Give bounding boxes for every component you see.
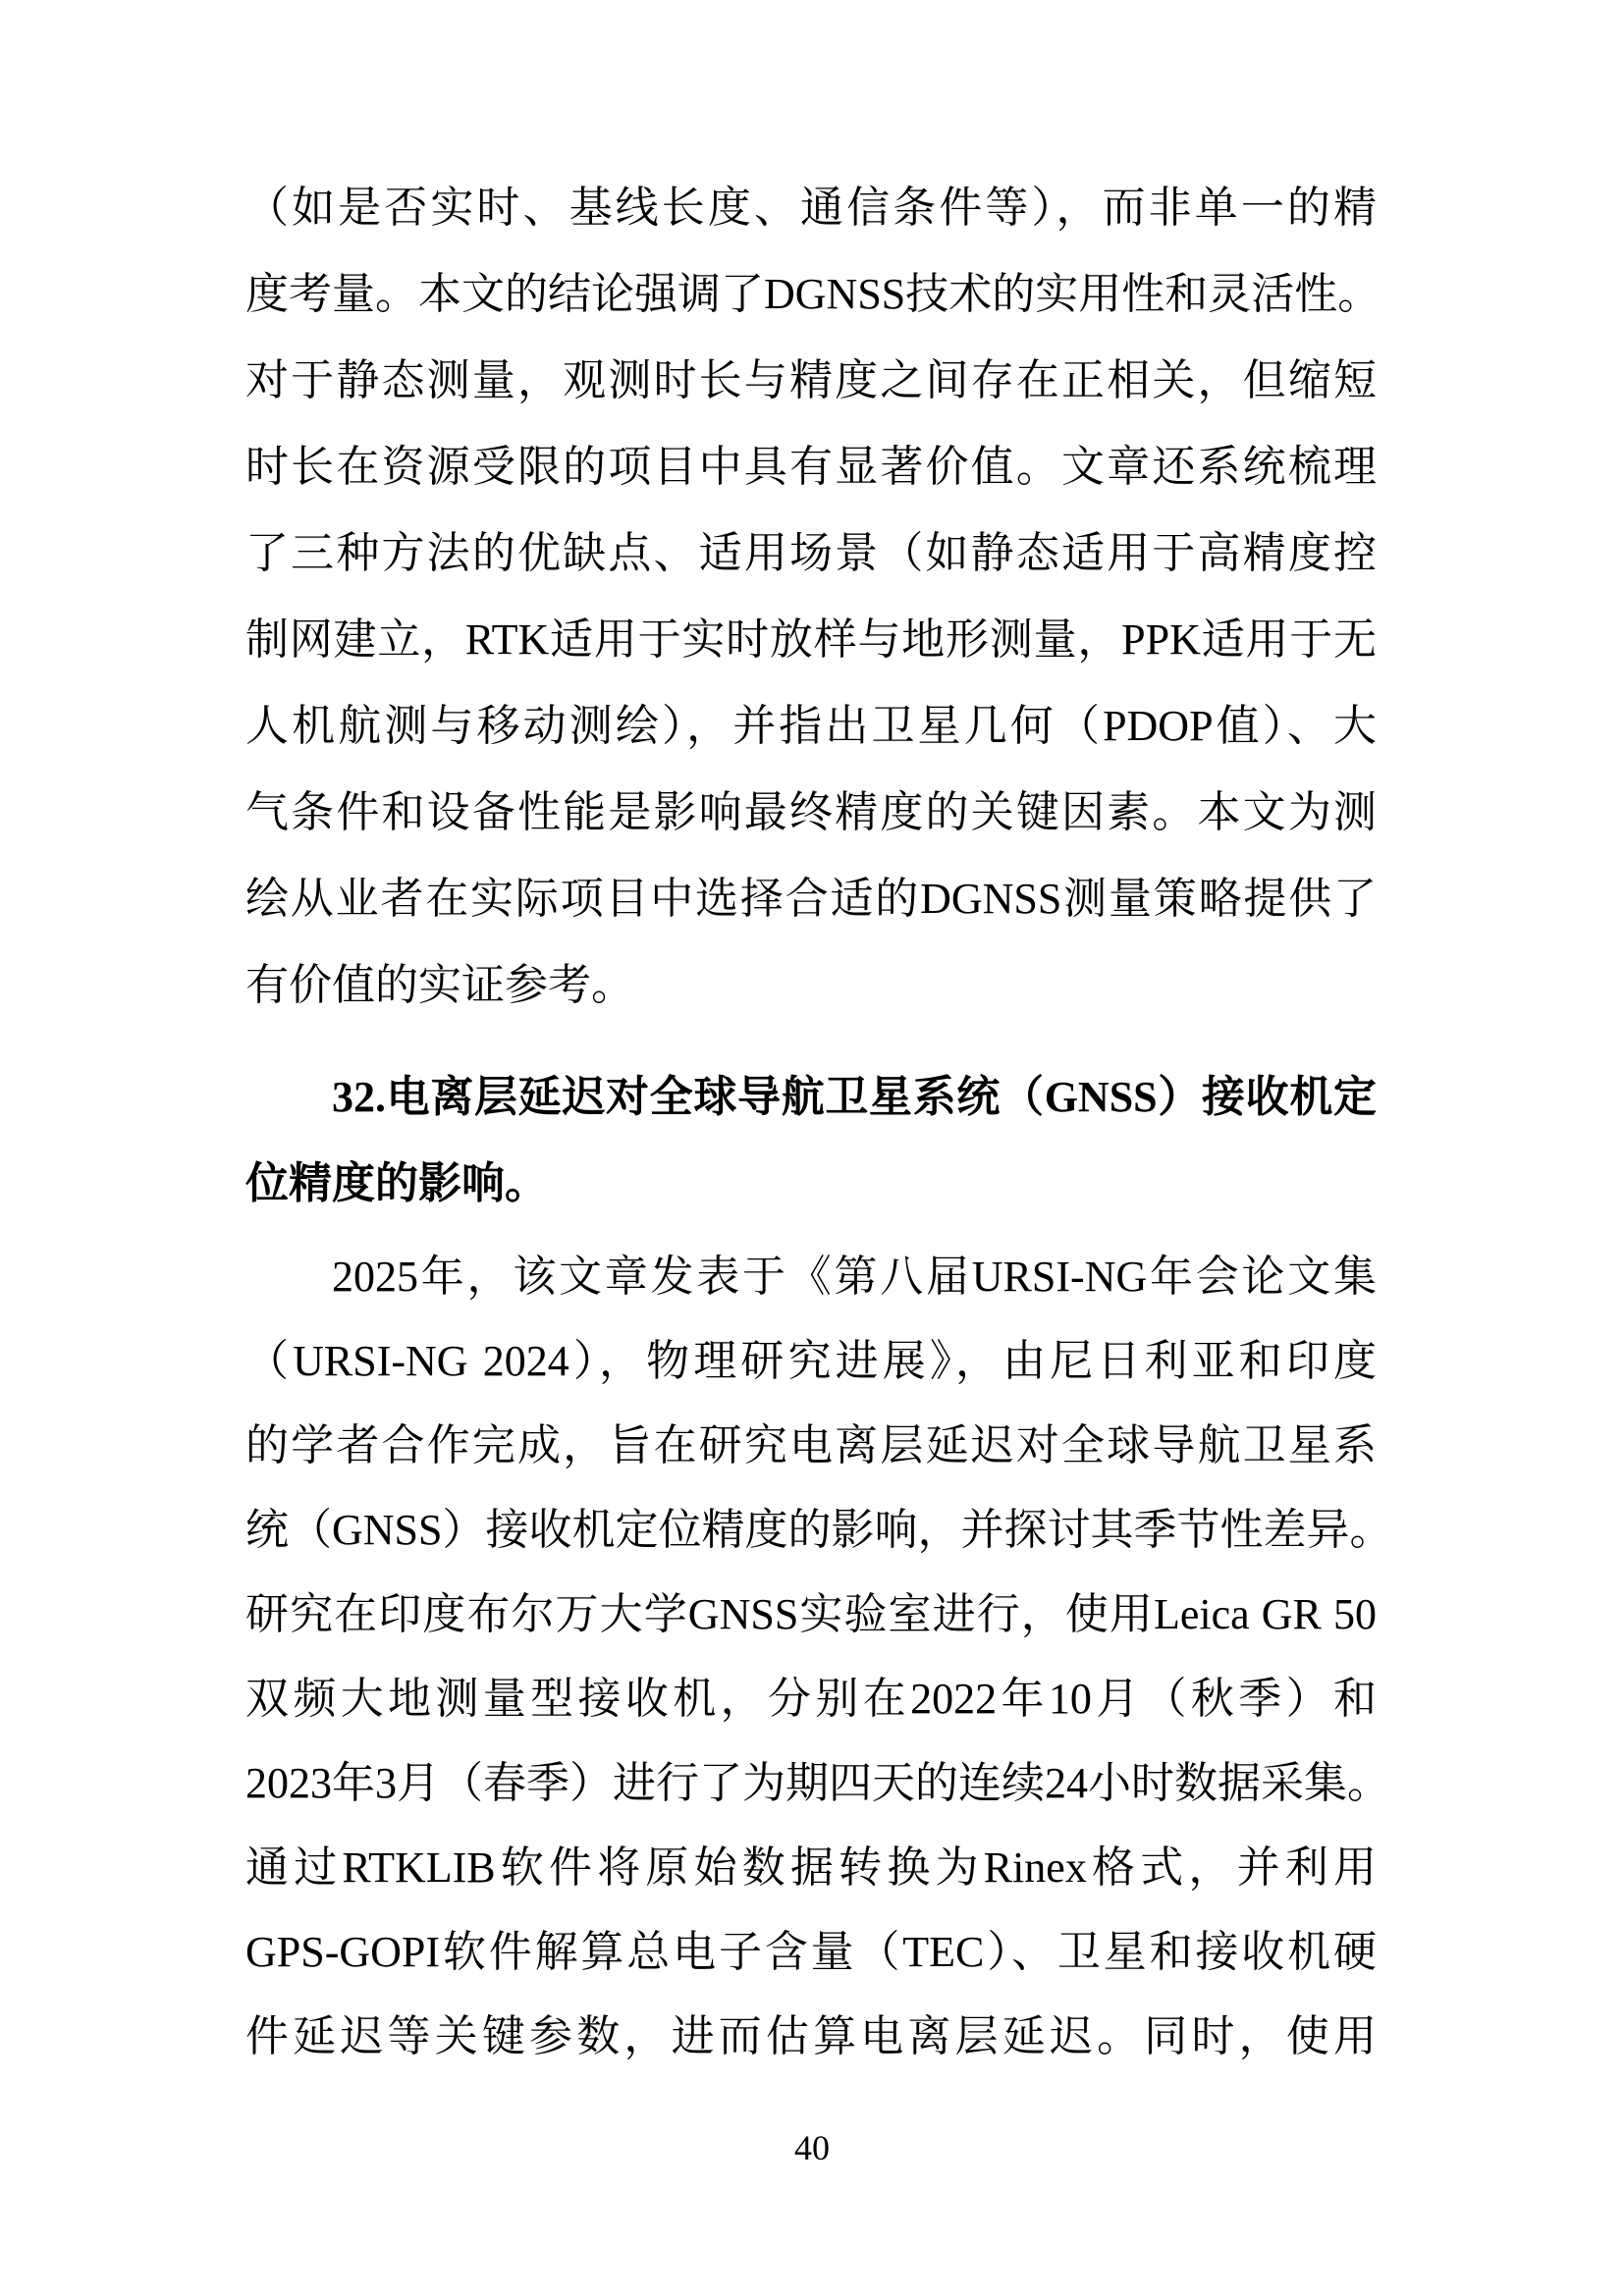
- body-line: 对于静态测量，观测时长与精度之间存在正相关，但缩短: [245, 338, 1377, 424]
- body-line: 了三种方法的优缺点、适用场景（如静态适用于高精度控: [245, 510, 1377, 597]
- body-line: 时长在资源受限的项目中具有显著价值。文章还系统梳理: [245, 424, 1377, 510]
- section-heading-line: 位精度的影响。: [245, 1141, 1377, 1227]
- body-line: 通过RTKLIB软件将原始数据转换为Rinex格式，并利用: [245, 1826, 1377, 1910]
- body-line: 制网建立，RTK适用于实时放样与地形测量，PPK适用于无: [245, 597, 1377, 683]
- text-block: （如是否实时、基线长度、通信条件等），而非单一的精 度考量。本文的结论强调了DG…: [245, 165, 1377, 2079]
- section-heading-line: 32.电离层延迟对全球导航卫星系统（GNSS）接收机定: [245, 1054, 1377, 1141]
- page-number: 40: [0, 2128, 1624, 2167]
- body-line: 绘从业者在实际项目中选择合适的DGNSS测量策略提供了: [245, 856, 1377, 942]
- body-line: 气条件和设备性能是影响最终精度的关键因素。本文为测: [245, 770, 1377, 856]
- body-line: 有价值的实证参考。: [245, 942, 1377, 1029]
- body-line: 2025年，该文章发表于《第八届URSI-NG年会论文集: [245, 1235, 1377, 1319]
- body-line: 度考量。本文的结论强调了DGNSS技术的实用性和灵活性。: [245, 251, 1377, 338]
- body-line: 人机航测与移动测绘），并指出卫星几何（PDOP值）、大: [245, 683, 1377, 770]
- document-page: （如是否实时、基线长度、通信条件等），而非单一的精 度考量。本文的结论强调了DG…: [0, 0, 1624, 2296]
- body-line: 2023年3月（春季）进行了为期四天的连续24小时数据采集。: [245, 1741, 1377, 1826]
- body-line: 研究在印度布尔万大学GNSS实验室进行，使用Leica GR 50: [245, 1573, 1377, 1657]
- body-line: 双频大地测量型接收机，分别在2022年10月（秋季）和: [245, 1657, 1377, 1741]
- body-line: 统（GNSS）接收机定位精度的影响，并探讨其季节性差异。: [245, 1488, 1377, 1573]
- body-line: （URSI-NG 2024），物理研究进展》，由尼日利亚和印度: [245, 1319, 1377, 1404]
- body-line: （如是否实时、基线长度、通信条件等），而非单一的精: [245, 165, 1377, 251]
- body-line: 的学者合作完成，旨在研究电离层延迟对全球导航卫星系: [245, 1404, 1377, 1488]
- body-line: GPS-GOPI软件解算总电子含量（TEC）、卫星和接收机硬: [245, 1910, 1377, 1995]
- body-line: 件延迟等关键参数，进而估算电离层延迟。同时，使用: [245, 1995, 1377, 2079]
